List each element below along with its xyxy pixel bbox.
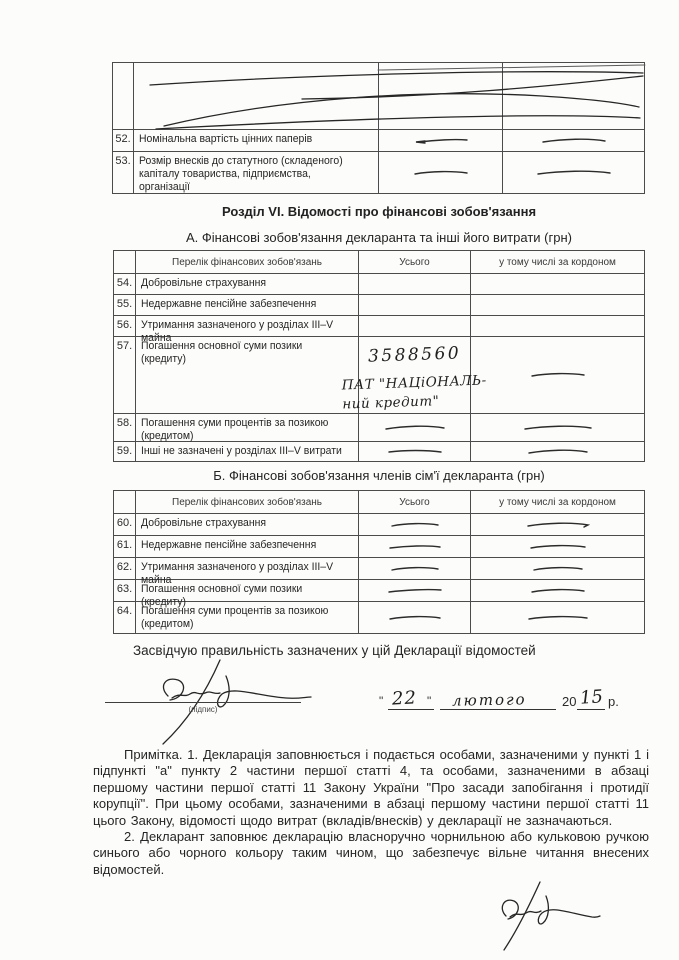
date-open-quote: ": [379, 694, 383, 708]
row-label-text: Добровільне страхування: [141, 517, 266, 530]
row-label: Розмір внесків до статутного (складеного…: [134, 152, 379, 193]
note-paragraph-1: Примітка. 1. Декларація заповнюється і п…: [93, 747, 649, 829]
handwritten-dash: [523, 424, 593, 432]
header-corner-cell: [114, 491, 136, 514]
header-total: Усього: [359, 491, 471, 514]
row-label: Добровільне страхування: [136, 274, 359, 295]
total-cell: [359, 602, 471, 633]
total-cell: [359, 514, 471, 536]
date-close-quote: ": [427, 694, 431, 708]
signature-line: [105, 702, 301, 703]
row-label-text: Недержавне пенсійне забезпечення: [141, 539, 316, 552]
abroad-cell: [471, 442, 644, 461]
row-label-text: Погашення суми процентів за позикою (кре…: [141, 417, 345, 443]
row-number: 57.: [114, 337, 136, 414]
handwritten-dash: [388, 614, 442, 622]
abroad-cell: [471, 337, 644, 414]
handwritten-day: 22: [391, 687, 417, 709]
handwritten-strikeout-marks: [112, 60, 648, 134]
financial-obligations-family-table: Перелік фінансових зобов'язань Усього у …: [113, 490, 645, 634]
row-label: Інші не зазначені у розділах III–V витра…: [136, 442, 359, 461]
row-number: 60.: [114, 514, 136, 536]
header-abroad: у тому числі за кордоном: [471, 251, 644, 274]
row-number: 54.: [114, 274, 136, 295]
row-number: 59.: [114, 442, 136, 461]
header-list: Перелік фінансових зобов'язань: [136, 251, 359, 274]
row-label-text: Погашення суми процентів за позикою (кре…: [141, 605, 345, 631]
total-cell: [359, 580, 471, 602]
month-underline: [440, 709, 556, 710]
abroad-cell: [471, 536, 644, 558]
creditor-note-line2: ний кредит": [342, 393, 440, 412]
handwritten-dash: [536, 169, 612, 177]
row-label: Погашення суми процентів за позикою (кре…: [136, 414, 359, 442]
handwritten-month: лютого: [452, 690, 527, 709]
handwritten-dash: [388, 543, 442, 551]
abroad-cell: [471, 274, 644, 295]
year-suffix: р.: [608, 694, 619, 709]
total-cell: [359, 558, 471, 580]
row-label: Недержавне пенсійне забезпечення: [136, 536, 359, 558]
row-label: Погашення основної суми позики (кредиту): [136, 580, 359, 602]
total-cell: [359, 442, 471, 461]
total-cell: [359, 274, 471, 295]
handwritten-dash: [527, 614, 589, 622]
subsection-b-title: Б. Фінансові зобов'язання членів сім'ї д…: [112, 468, 646, 483]
handwritten-dash: [390, 565, 440, 573]
signature-caption: (підпис): [105, 705, 301, 714]
handwritten-dash: [530, 371, 586, 379]
handwritten-dash: [413, 169, 469, 177]
abroad-cell: [471, 295, 644, 316]
subsection-a-title: А. Фінансові зобов'язання декларанта та …: [112, 230, 646, 245]
row-number: 62.: [114, 558, 136, 580]
abroad-cell: [471, 558, 644, 580]
section-title: Розділ VI. Відомості про фінансові зобов…: [112, 204, 646, 219]
total-cell: [379, 152, 503, 193]
row-label-text: Розмір внесків до статутного (складеного…: [139, 155, 364, 194]
year-prefix: 20: [562, 694, 576, 709]
day-underline: [388, 709, 434, 710]
row-number: 56.: [114, 316, 136, 337]
handwritten-dash: [527, 448, 589, 456]
abroad-cell: [471, 514, 644, 536]
handwritten-dash: [529, 543, 587, 551]
row-label: Погашення основної суми позики (кредиту): [136, 337, 359, 414]
abroad-cell: [503, 152, 644, 193]
bottom-signature-mark: [478, 872, 603, 957]
handwritten-dash: [532, 565, 584, 573]
header-total: Усього: [359, 251, 471, 274]
row-number: 61.: [114, 536, 136, 558]
row-number: 55.: [114, 295, 136, 316]
row-label: Добровільне страхування: [136, 514, 359, 536]
row-label-text: Номінальна вартість цінних паперів: [139, 133, 312, 146]
note-paragraph-2: 2. Декларант заповнює декларацію власнор…: [93, 829, 649, 878]
abroad-cell: [471, 414, 644, 442]
handwritten-amount: 3588560: [368, 343, 462, 366]
handwritten-dash: [390, 521, 440, 529]
row-label-text: Недержавне пенсійне забезпечення: [141, 298, 316, 311]
declarant-signature-mark: [108, 648, 318, 748]
row-number: 63.: [114, 580, 136, 602]
header-list: Перелік фінансових зобов'язань: [136, 491, 359, 514]
year-underline: [577, 709, 605, 710]
handwritten-dash: [384, 424, 446, 432]
handwritten-year: 15: [579, 686, 603, 709]
row-number: 58.: [114, 414, 136, 442]
total-cell: [359, 295, 471, 316]
total-cell: [359, 316, 471, 337]
row-number: 53.: [113, 152, 134, 193]
handwritten-dash: [541, 137, 607, 145]
financial-obligations-declarant-table: Перелік фінансових зобов'язань Усього у …: [113, 250, 645, 462]
handwritten-dash: [413, 137, 469, 145]
row-label-text: Інші не зазначені у розділах III–V витра…: [141, 445, 342, 458]
abroad-cell: [471, 580, 644, 602]
total-cell-handwritten: 3588560 ПАТ "НАЦіОНАЛЬ-ний кредит": [359, 337, 471, 414]
creditor-note-line1: ПАТ "НАЦіОНАЛЬ-: [341, 372, 487, 393]
total-cell: [359, 414, 471, 442]
row-number: 64.: [114, 602, 136, 633]
row-label-text: Добровільне страхування: [141, 277, 266, 290]
total-cell: [359, 536, 471, 558]
handwritten-creditor-note: ПАТ "НАЦіОНАЛЬ-ний кредит": [341, 371, 487, 414]
scanned-declaration-page: 52. Номінальна вартість цінних паперів 5…: [0, 0, 679, 960]
abroad-cell: [471, 602, 644, 633]
row-label: Недержавне пенсійне забезпечення: [136, 295, 359, 316]
handwritten-dash: [387, 587, 443, 595]
row-label: Утримання зазначеного у розділах III–V м…: [136, 316, 359, 337]
handwritten-dash: [530, 587, 586, 595]
header-corner-cell: [114, 251, 136, 274]
row-label-text: Погашення основної суми позики (кредиту): [141, 340, 345, 366]
header-abroad: у тому числі за кордоном: [471, 491, 644, 514]
handwritten-dash: [387, 448, 443, 456]
notes-block: Примітка. 1. Декларація заповнюється і п…: [93, 747, 649, 878]
abroad-cell: [471, 316, 644, 337]
handwritten-dash: [526, 521, 590, 529]
row-label: Погашення суми процентів за позикою (кре…: [136, 602, 359, 633]
row-label: Утримання зазначеного у розділах III–V м…: [136, 558, 359, 580]
